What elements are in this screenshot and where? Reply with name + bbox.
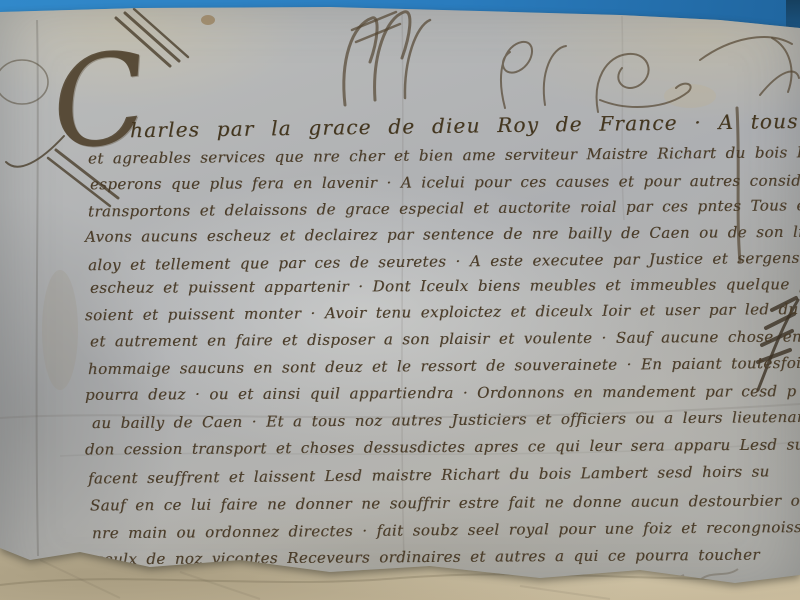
manuscript-line-1: harles par la grace de dieu Roy de Franc…: [130, 102, 800, 143]
charter-parchment: C harles par la grace de dieu Roy de Fra…: [0, 0, 800, 600]
manuscript-line-15: Sauf en ce lui faire ne donner ne souffr…: [90, 491, 800, 514]
manuscript-line-9: et autrement en faire et disposer a son …: [90, 328, 800, 351]
faint-ghost-strokes: [630, 569, 738, 584]
manuscript-line-16: nre main ou ordonnez directes · fait sou…: [92, 518, 800, 543]
manuscript-line-3: esperons que plus fera en lavenir · A ic…: [90, 171, 800, 194]
manuscript-line-12: au bailly de Caen · Et a tous noz autres…: [92, 408, 800, 432]
manuscript-line-7: escheuz et puissent appartenir · Dont Ic…: [90, 275, 800, 297]
manuscript-line-8: soient et puissent monter · Avoir tenu e…: [85, 300, 800, 325]
manuscript-line-17: ceulx de noz vicontes Receveurs ordinair…: [95, 546, 760, 569]
manuscript-line-13: don cession transport et choses dessusdi…: [85, 435, 800, 458]
manuscript-line-14: facent seuffrent et laissent Lesd maistr…: [88, 462, 770, 487]
photograph: C harles par la grace de dieu Roy de Fra…: [0, 0, 800, 600]
manuscript-line-11: pourra deuz · ou et ainsi quil appartien…: [85, 382, 797, 404]
manuscript-line-5: Avons aucuns escheuz et declairez par se…: [85, 222, 800, 246]
manuscript-line-2: et agreables services que nre cher et bi…: [88, 142, 800, 167]
charter-parchment-wrap: C harles par la grace de dieu Roy de Fra…: [0, 0, 800, 600]
manuscript-line-10: hommaige saucuns en sont deuz et le ress…: [88, 354, 800, 378]
manuscript-line-4: transportons et delaissons de grace espe…: [88, 195, 800, 220]
manuscript-line-6: aloy et tellement que par ces de seurete…: [88, 248, 800, 274]
